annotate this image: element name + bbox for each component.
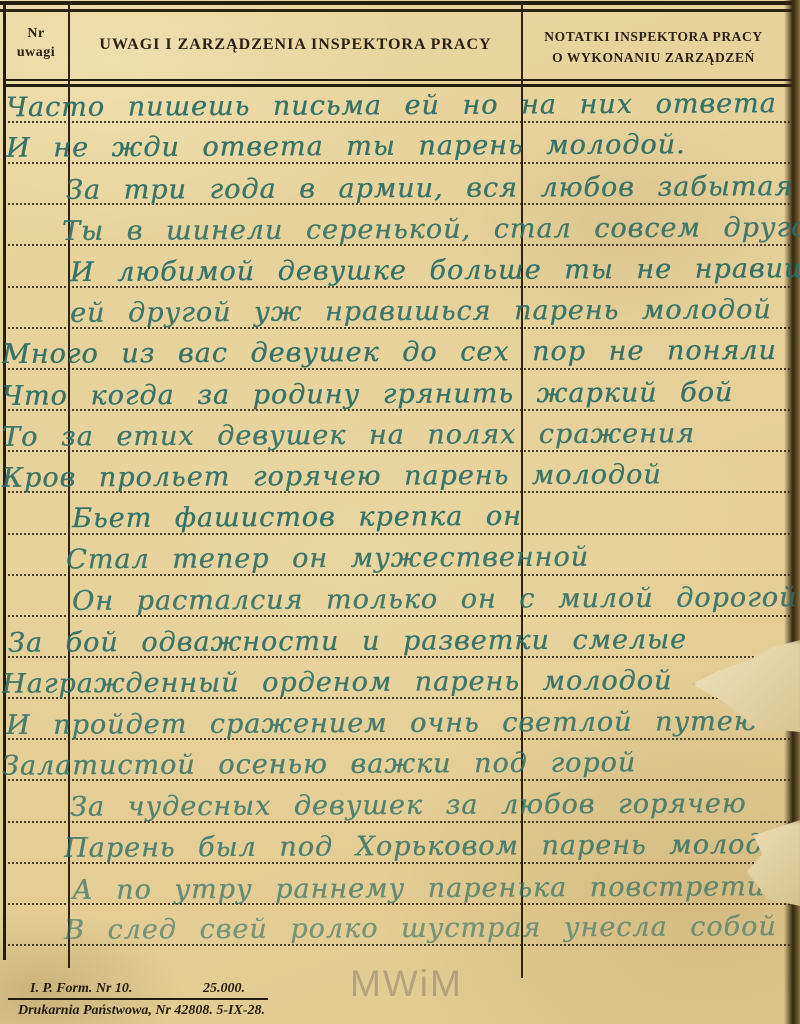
dotted-rule-line (4, 409, 790, 411)
header-notes-line1: NOTATKI INSPEKTORA PRACY (523, 26, 784, 47)
dotted-rule-line (4, 862, 790, 864)
dotted-rule-line (4, 656, 790, 658)
dotted-rule-line (4, 368, 790, 370)
dotted-rule-line (4, 903, 790, 905)
column-divider-notes (521, 2, 523, 978)
dotted-rule-line (4, 121, 790, 123)
dotted-rule-line (4, 327, 790, 329)
dotted-rule-line (4, 574, 790, 576)
footer-form-number: I. P. Form. Nr 10. (30, 981, 132, 997)
footer-underline (8, 998, 268, 1000)
header-remarks-column: UWAGI I ZARZĄDZENIA INSPEKTORA PRACY (70, 36, 521, 54)
dotted-rule-line (4, 779, 790, 781)
header-nr-line1: Nr (4, 24, 68, 43)
table-border-left (3, 2, 6, 960)
dotted-rule-line (4, 162, 790, 164)
torn-paper-fragment (692, 640, 800, 732)
table-border-top-outer (0, 1, 800, 5)
column-divider-nr (68, 2, 70, 968)
dotted-rule-line (4, 244, 790, 246)
dotted-rule-line (4, 697, 790, 699)
dotted-rule-line (4, 203, 790, 205)
dotted-rule-line (4, 533, 790, 535)
footer-printer-line: Drukarnia Państwowa, Nr 42808. 5-IX-28. (18, 1003, 265, 1019)
archive-watermark: MWiM (350, 963, 463, 1005)
scanned-form-page: Nr uwagi UWAGI I ZARZĄDZENIA INSPEKTORA … (0, 0, 800, 1024)
table-border-top-inner (0, 9, 797, 12)
dotted-rule-line (4, 450, 790, 452)
dotted-rule-line (4, 821, 790, 823)
dotted-rule-line (4, 944, 790, 946)
header-nr-uwagi: Nr uwagi (4, 24, 68, 62)
dotted-rule-line (4, 491, 790, 493)
header-notes-column: NOTATKI INSPEKTORA PRACY O WYKONANIU ZAR… (523, 26, 784, 68)
header-divider-upper (3, 79, 795, 81)
header-notes-line2: O WYKONANIU ZARZĄDZEŃ (523, 47, 784, 68)
handwriting-layer: Часто пишешь письма ей но на них ответа … (0, 0, 800, 1024)
header-divider-lower (3, 84, 795, 87)
dotted-rule-line (4, 286, 790, 288)
header-nr-line2: uwagi (4, 43, 68, 62)
dotted-rule-line (4, 738, 790, 740)
footer-print-run: 25.000. (203, 981, 245, 997)
dotted-rule-line (4, 615, 790, 617)
